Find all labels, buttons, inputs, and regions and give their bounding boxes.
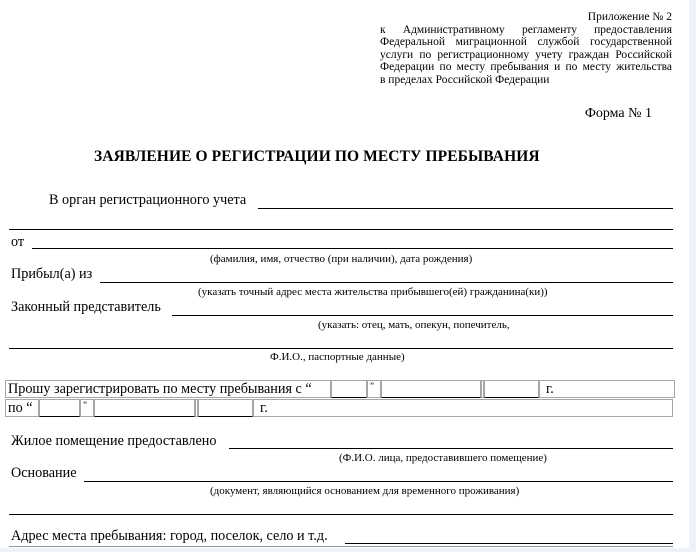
document-title: ЗАЯВЛЕНИЕ О РЕГИСТРАЦИИ ПО МЕСТУ ПРЕБЫВА… (94, 148, 540, 166)
basis-label: Основание (11, 465, 77, 482)
housing-provided-field[interactable] (229, 448, 673, 449)
period-from-label: Прошу зарегистрировать по месту пребыван… (5, 380, 331, 398)
appendix-note: Приложение № 2 к Административному регла… (380, 11, 672, 87)
appendix-line: услуги по регистрационному учету граждан… (380, 49, 672, 62)
from-hint: (фамилия, имя, отчество (при наличии), д… (210, 253, 472, 265)
registration-authority-field-line2[interactable] (9, 229, 673, 230)
stay-address-label: Адрес места пребывания: город, поселок, … (11, 528, 328, 545)
stay-address-field[interactable] (345, 543, 673, 544)
to-month-input[interactable] (94, 399, 195, 417)
from-field[interactable] (32, 248, 673, 249)
arrived-from-hint: (указать точный адрес места жительства п… (198, 286, 548, 298)
from-day-input[interactable] (331, 380, 367, 398)
arrived-from-label: Прибыл(а) из (11, 266, 92, 283)
appendix-line: в пределах Российской Федерации (380, 74, 672, 87)
legal-representative-hint: (указать: отец, мать, опекун, попечитель… (318, 319, 510, 331)
appendix-line: Федерации по месту пребывания и по месту… (380, 61, 672, 74)
form-number: Форма № 1 (585, 106, 652, 122)
close-quote: ” (367, 380, 381, 398)
basis-field[interactable] (84, 481, 673, 482)
legal-representative-hint2: Ф.И.О., паспортные данные) (270, 351, 405, 363)
legal-representative-field[interactable] (172, 315, 673, 316)
from-label: от (11, 234, 24, 251)
to-year-input[interactable] (198, 399, 253, 417)
period-from-row: Прошу зарегистрировать по месту пребыван… (5, 380, 675, 398)
registration-authority-field[interactable] (258, 208, 673, 209)
to-day-input[interactable] (39, 399, 80, 417)
year-suffix: г. (539, 380, 675, 398)
from-year-input[interactable] (484, 380, 539, 398)
appendix-line: Федеральной миграционной службой государ… (380, 36, 672, 49)
close-quote: ” (80, 399, 94, 417)
registration-authority-label: В орган регистрационного учета (49, 192, 246, 209)
period-to-label: по “ (5, 399, 39, 417)
document-page: Приложение № 2 к Административному регла… (0, 0, 689, 548)
housing-provided-hint: (Ф.И.О. лица, предоставившего помещение) (339, 452, 547, 464)
from-month-input[interactable] (381, 380, 481, 398)
page-bottom-rule (9, 546, 673, 547)
year-suffix: г. (253, 399, 673, 417)
arrived-from-field[interactable] (100, 282, 673, 283)
appendix-title: Приложение № 2 (380, 11, 672, 24)
legal-representative-field-line2[interactable] (9, 348, 673, 349)
housing-provided-label: Жилое помещение предоставлено (11, 433, 216, 450)
appendix-line: к Административному регламенту предостав… (380, 24, 672, 37)
period-to-row: по “ ” г. (5, 399, 673, 417)
basis-field-line2[interactable] (9, 514, 673, 515)
legal-representative-label: Законный представитель (11, 299, 161, 316)
basis-hint: (документ, являющийся основанием для вре… (210, 485, 519, 497)
